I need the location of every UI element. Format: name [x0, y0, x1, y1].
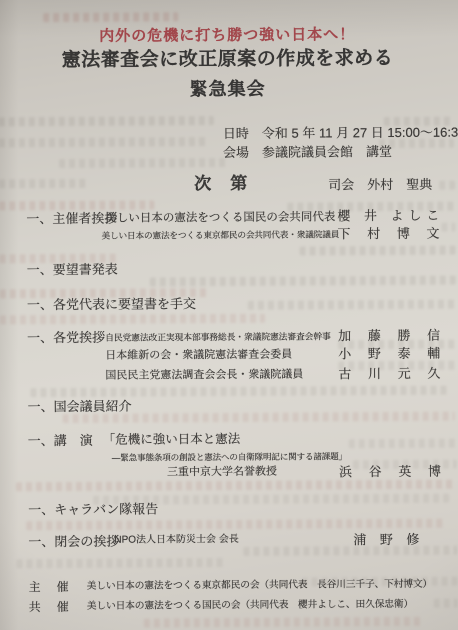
event-subtitle: 緊急集会: [0, 78, 457, 102]
bleed-through-line: [16, 558, 226, 568]
venue-row: 会場参議院議員会館 講堂: [223, 144, 392, 161]
agenda-item-label: 一、講 演: [28, 433, 93, 449]
datetime-label: 日時: [223, 126, 249, 141]
bleed-through-line: [16, 480, 454, 492]
co-organizer-label: 共 催: [29, 600, 71, 615]
speaker-role: 国民民主党憲法調査会会長・衆議院議員: [105, 369, 303, 383]
bleed-through-line: [0, 137, 209, 147]
bleed-through-line: [26, 519, 444, 531]
agenda-item-label: 一、閉会の挨拶: [28, 534, 119, 550]
bleed-through-line: [439, 181, 455, 190]
bleed-through-line: [144, 617, 422, 628]
venue-value: 参議院議員会館 講堂: [249, 144, 392, 160]
venue-label: 会場: [223, 145, 249, 160]
bleed-through-line: [43, 12, 178, 22]
emcee-name: 外村 聖典: [354, 177, 432, 192]
agenda-item-label: 一、主催者挨拶: [26, 211, 117, 227]
emcee-label: 司会: [328, 177, 354, 192]
bleed-through-layer: [0, 0, 456, 1]
program-heading: 次 第: [194, 174, 248, 195]
lecturer-affiliation: 三重中京大学名誉教授: [167, 466, 277, 480]
tagline: 内外の危機に打ち勝つ強い日本へ！: [0, 26, 456, 47]
agenda-item-label: 一、国会議員紹介: [28, 399, 132, 415]
speaker-name: 下 村 博 文: [337, 226, 439, 242]
speaker-name: 浦 野 修: [353, 532, 419, 548]
agenda-item-label: 一、キャラバン隊報告: [28, 501, 158, 517]
lecture-title-line2: ―緊急事態条項の創設と憲法への自衛隊明記に関する諸課題」: [112, 451, 347, 463]
speaker-name: 加 藤 勝 信: [338, 328, 440, 344]
bleed-through-line: [0, 314, 265, 325]
speaker-role: 日本維新の会・衆議院憲法審査会委員: [105, 349, 292, 363]
bleed-through-line: [0, 116, 214, 126]
speaker-name: 櫻 井 よしこ: [337, 208, 439, 224]
agenda-item-label: 一、各党挨拶: [27, 330, 105, 346]
bleed-through-line: [30, 386, 448, 398]
speaker-name: 古 川 元 久: [338, 366, 440, 382]
agenda-item-label: 一、要望書発表: [27, 262, 118, 278]
bleed-through-line: [248, 300, 456, 310]
paper-sheet: 内外の危機に打ち勝つ強い日本へ！ 憲法審査会に改正原案の作成を求める 緊急集会 …: [0, 0, 458, 630]
bleed-through-line: [0, 200, 154, 210]
document-photo: 内外の危機に打ち勝つ強い日本へ！ 憲法審査会に改正原案の作成を求める 緊急集会 …: [0, 0, 458, 630]
co-organizer-text: 美しい日本の憲法をつくる国民の会（共同代表 櫻井よしこ、田久保忠衛）: [87, 599, 413, 613]
bleed-through-line: [150, 276, 456, 287]
speaker-name: 浜 谷 英 博: [339, 464, 441, 480]
speaker-role: 美しい日本の憲法をつくる東京都民の会共同代表・衆議院議員: [101, 229, 339, 241]
event-title: 憲法審査会に改正原案の作成を求める: [0, 48, 457, 74]
bleed-through-line: [441, 223, 455, 232]
bleed-through-line: [434, 599, 458, 608]
bleed-through-line: [59, 158, 229, 168]
bleed-through-line: [300, 246, 456, 256]
bleed-through-line: [243, 546, 457, 556]
speaker-role: NPO法人日本防災士会 会長: [114, 534, 239, 547]
datetime-value: 令和 5 年 11 月 27 日 15:00～16:30: [249, 125, 458, 141]
speaker-role: 自民党憲法改正実現本部事務総長・衆議院憲法審査会幹事: [105, 331, 331, 343]
organizer-label: 主 催: [29, 580, 71, 595]
speaker-role: 美しい日本の憲法をつくる国民の会共同代表: [105, 211, 335, 226]
bleed-through-line: [349, 439, 457, 449]
speaker-name: 小 野 泰 輔: [338, 346, 440, 362]
agenda-item-label: 一、各党代表に要望書を手交: [27, 296, 196, 313]
bleed-through-line: [0, 179, 87, 189]
datetime-row: 日時令和 5 年 11 月 27 日 15:00～16:30: [223, 125, 458, 142]
emcee-row: 司会外村 聖典: [328, 177, 432, 193]
lecture-title-line1: 「危機に強い日本と憲法: [103, 432, 241, 448]
organizer-text: 美しい日本の憲法をつくる東京都民の会（共同代表 長谷川三千子、下村博文）: [87, 579, 433, 593]
